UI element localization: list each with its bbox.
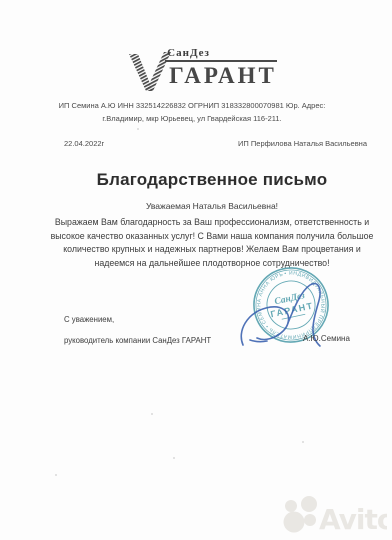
- logo-brand-bottom: ГАРАНТ: [165, 63, 277, 89]
- avito-logo-circle: [284, 512, 305, 533]
- letter-body-line: Выражаем Вам благодарность за Ваш профес…: [16, 216, 392, 230]
- logo-text-column: СанДез ГАРАНТ: [165, 47, 277, 89]
- scan-speck: [151, 413, 153, 415]
- letter-body-line: количество крупных и надежных партнеров!…: [16, 243, 392, 257]
- logo-brand-top: СанДез: [165, 47, 277, 62]
- letter-salutation: Уважаемая Наталья Васильевна!: [16, 201, 392, 211]
- company-requisites: ИП Семина А.Ю ИНН 332514226832 ОГРНИП 31…: [0, 99, 388, 125]
- avito-watermark: Avito: [281, 495, 387, 537]
- letter-recipient: ИП Перфилова Наталья Васильевна: [238, 139, 367, 148]
- signer-role: руководитель компании СанДез ГАРАНТ: [64, 336, 211, 345]
- letter-body-line: надеемся на дальнейшее плодотворное сотр…: [16, 257, 392, 271]
- requisites-line1: ИП Семина А.Ю ИНН 332514226832 ОГРНИП 31…: [0, 99, 388, 112]
- letter-body: Выражаем Вам благодарность за Ваш профес…: [16, 216, 392, 270]
- letter-date: 22.04.2022г: [64, 139, 104, 148]
- handwritten-signature: [226, 276, 346, 360]
- avito-logo-circle: [304, 514, 316, 526]
- meta-row: 22.04.2022г ИП Перфилова Наталья Василье…: [64, 139, 367, 148]
- letter-body-line: высокое качество оказанных услуг! С Вами…: [16, 230, 392, 244]
- scan-speck: [173, 457, 175, 459]
- avito-logo-circle: [301, 496, 317, 512]
- scan-speck: [55, 474, 57, 476]
- company-logo-inner: СанДез ГАРАНТ: [127, 47, 277, 93]
- avito-watermark-label: Avito: [319, 503, 387, 536]
- company-logo: СанДез ГАРАНТ: [0, 47, 392, 93]
- scanned-letter-page: СанДез ГАРАНТ ИП Семина А.Ю ИНН 33251422…: [0, 0, 392, 540]
- scan-speck: [302, 441, 304, 443]
- closing-line: С уважением,: [64, 315, 114, 324]
- requisites-line2: г.Владимир, мкр Юрьевец, ул Гвардейская …: [0, 112, 388, 125]
- letter-title: Благодарственное письмо: [16, 170, 392, 190]
- signer-name: А.Ю.Семина: [303, 334, 350, 343]
- scan-speck: [137, 128, 139, 130]
- avito-logo-circle: [285, 500, 297, 512]
